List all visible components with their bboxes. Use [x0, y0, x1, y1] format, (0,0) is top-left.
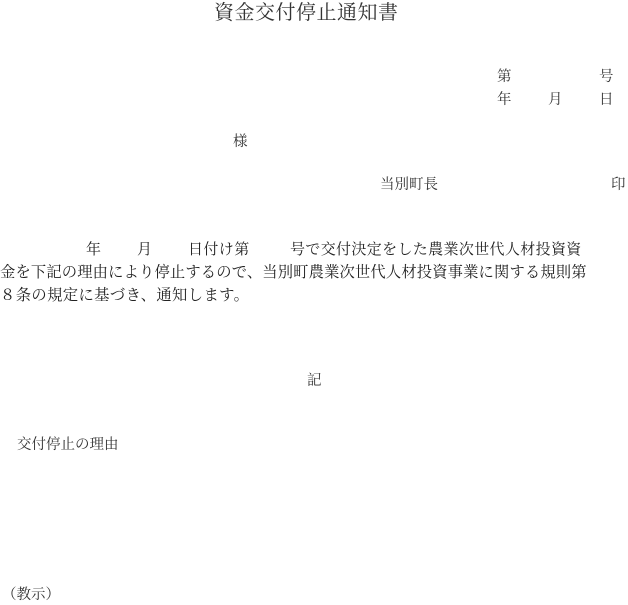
document-title: 資金交付停止通知書 [214, 2, 399, 22]
note-heading: 記 [307, 374, 322, 389]
issuer-name: 当別町長 [380, 178, 438, 193]
number-prefix: 第 [497, 70, 512, 85]
body-month: 月 [137, 242, 152, 257]
issuer-seal: 印 [611, 178, 626, 193]
body-line3: ８条の規定に基づき、通知します。 [0, 288, 249, 303]
body-line1-rest: 号で交付決定をした農業次世代人材投資資 [290, 242, 582, 257]
addressee-honorific: 様 [233, 135, 248, 150]
body-year: 年 [86, 242, 101, 257]
body-line2: 金を下記の理由により停止するので、当別町農業次世代人材投資事業に関する規則第 [0, 265, 587, 280]
reason-label: 交付停止の理由 [17, 438, 119, 453]
date-month: 月 [548, 93, 563, 108]
body-day-ref: 日付け第 [188, 242, 250, 257]
number-suffix: 号 [599, 70, 614, 85]
date-year: 年 [497, 93, 512, 108]
instruction-label: （教示） [2, 588, 60, 603]
date-day: 日 [599, 93, 614, 108]
